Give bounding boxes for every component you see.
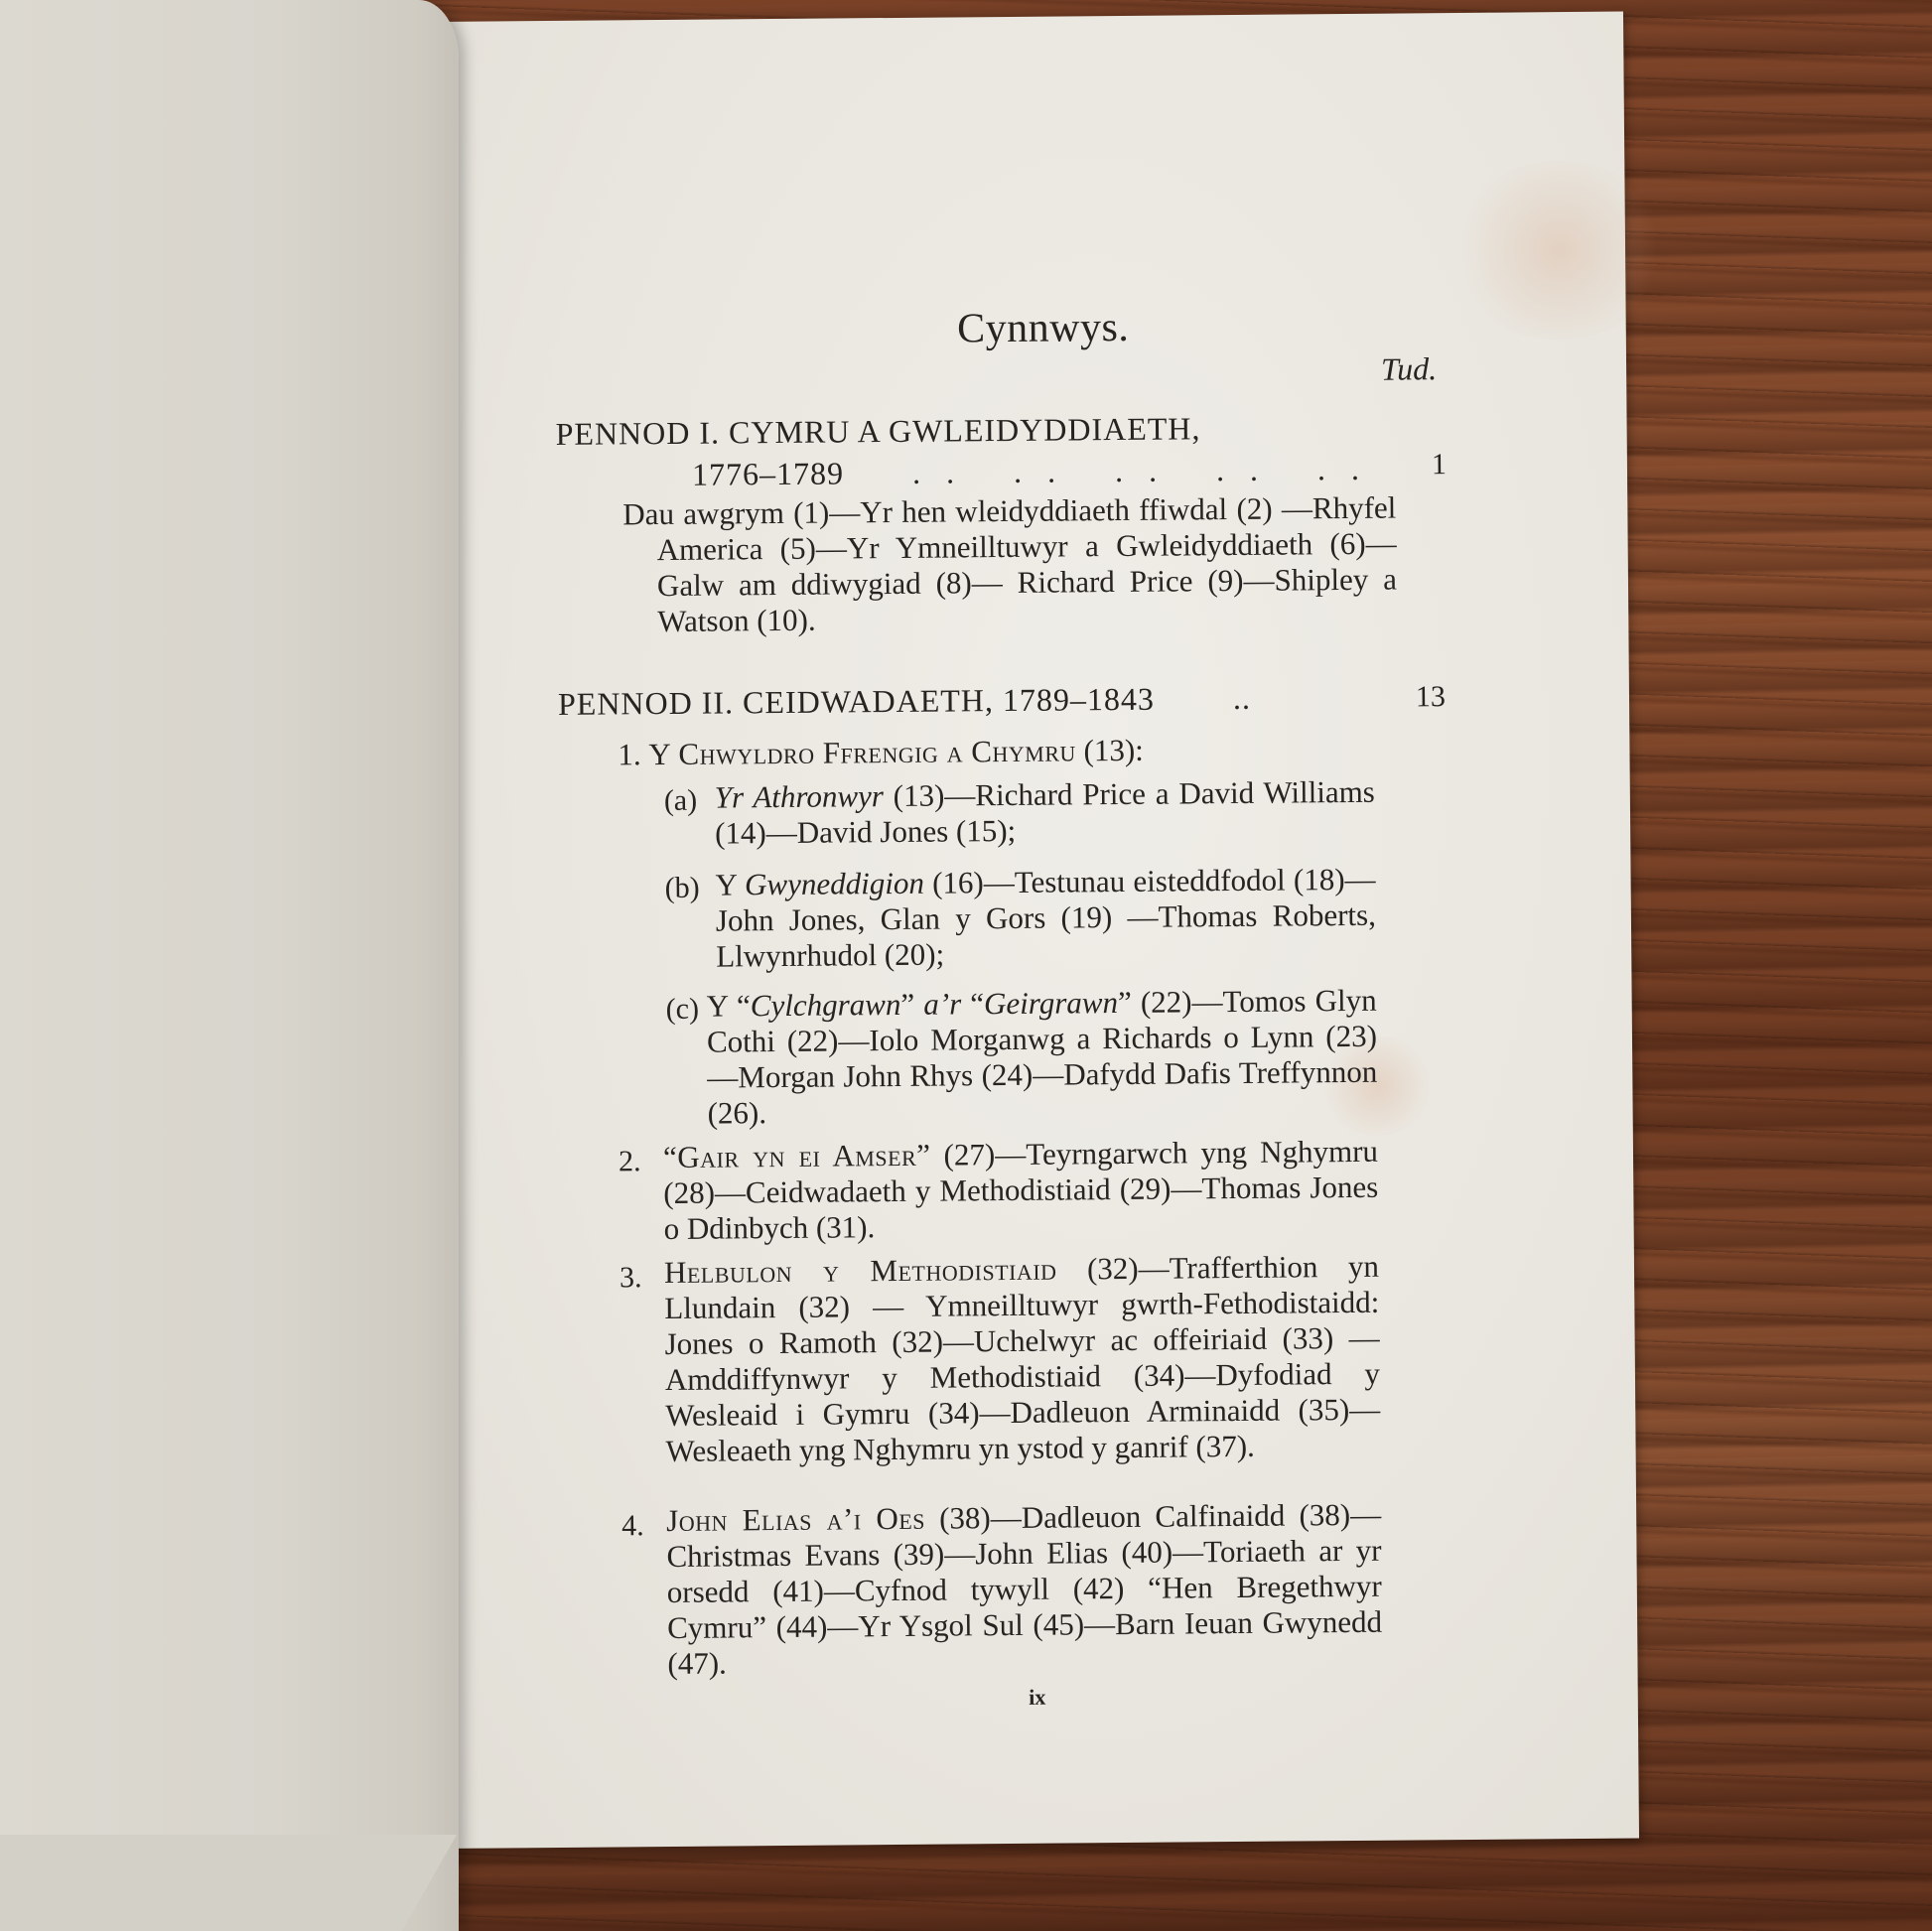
- chapter-1-title: PENNOD I. CYMRU A GWLEIDYDDIAETH,: [555, 410, 1200, 452]
- chapter-1-years-line: 1776–1789 .. .. .. .. ..: [692, 451, 1385, 493]
- subsection-label: (c): [666, 993, 700, 1027]
- section-number: 4.: [621, 1509, 644, 1543]
- subsection-conjunction: a’r: [923, 986, 961, 1021]
- chapter-1-page: 1: [1432, 448, 1447, 482]
- chapter-1-years: 1776–1789: [692, 455, 844, 491]
- section-number: 1.: [618, 737, 641, 771]
- chapter-2-title: PENNOD II. CEIDWADAETH, 1789–1843: [558, 681, 1155, 722]
- contents-page: Cynnwys. Tud. PENNOD I. CYMRU A GWLEIDYD…: [435, 12, 1639, 1849]
- section-3: Helbulon y Methodistiaid (32)—Trafferthi…: [664, 1249, 1381, 1469]
- subsection-title: Cylchgrawn: [751, 987, 901, 1023]
- subsection-lead: Y: [715, 867, 745, 901]
- subsection-b: Y Gwyneddigion (16)—Testunau eisteddfodo…: [715, 862, 1376, 975]
- subsection-title: Gwyneddigion: [745, 866, 924, 902]
- table-of-contents: Cynnwys. Tud. PENNOD I. CYMRU A GWLEIDYD…: [435, 12, 1639, 1849]
- section-title: John Elias a’i Oes: [666, 1501, 925, 1538]
- subsection-c: Y “Cylchgrawn” a’r “Geirgrawn” (22)—Tomo…: [707, 983, 1378, 1132]
- chapter-1-heading: PENNOD I. CYMRU A GWLEIDYDDIAETH,: [555, 407, 1548, 453]
- section-title: “Gair yn ei Amser”: [663, 1138, 931, 1174]
- subsection-label: (a): [664, 784, 698, 818]
- section-number: 3.: [620, 1261, 642, 1295]
- subsection-title-2: Geirgrawn: [984, 985, 1118, 1021]
- chapter-1-summary: Dau awgrym (1)—Yr hen wleidyddiaeth ffiw…: [622, 490, 1397, 640]
- dot-leader: .. .. .. .. ..: [912, 451, 1385, 490]
- subsection-label: (b): [664, 872, 699, 905]
- section-2: “Gair yn ei Amser” (27)—Teyrngarwch yng …: [663, 1134, 1379, 1247]
- left-page-edge: [0, 1835, 457, 1931]
- section-page: (13):: [1076, 733, 1144, 768]
- chapter-2-page: 13: [1416, 680, 1446, 714]
- section-4: John Elias a’i Oes (38)—Dadleuon Calfina…: [666, 1497, 1383, 1682]
- quote-mark: “: [961, 986, 984, 1021]
- dot-leader: ..: [1233, 680, 1251, 716]
- section-title: Y Chwyldro Ffrengig a Chymru: [648, 733, 1076, 771]
- section-1-heading: 1. Y Chwyldro Ffrengig a Chymru (13):: [618, 731, 1372, 773]
- left-page-blank: [0, 0, 459, 1931]
- subsection-a: Yr Athronwyr (13)—Richard Price a David …: [715, 774, 1376, 852]
- chapter-2-heading: PENNOD II. CEIDWADAETH, 1789–1843 ..: [558, 680, 1251, 723]
- quote-mark: ”: [900, 987, 923, 1022]
- subsection-lead: Y “: [707, 988, 751, 1023]
- page-title: Cynnwys.: [895, 303, 1192, 353]
- section-number: 2.: [619, 1145, 641, 1178]
- page-number: ix: [988, 1684, 1087, 1711]
- page-column-label: Tud.: [1381, 350, 1437, 387]
- section-title: Helbulon y Methodistiaid: [664, 1252, 1057, 1290]
- subsection-title: Yr Athronwyr: [715, 778, 884, 814]
